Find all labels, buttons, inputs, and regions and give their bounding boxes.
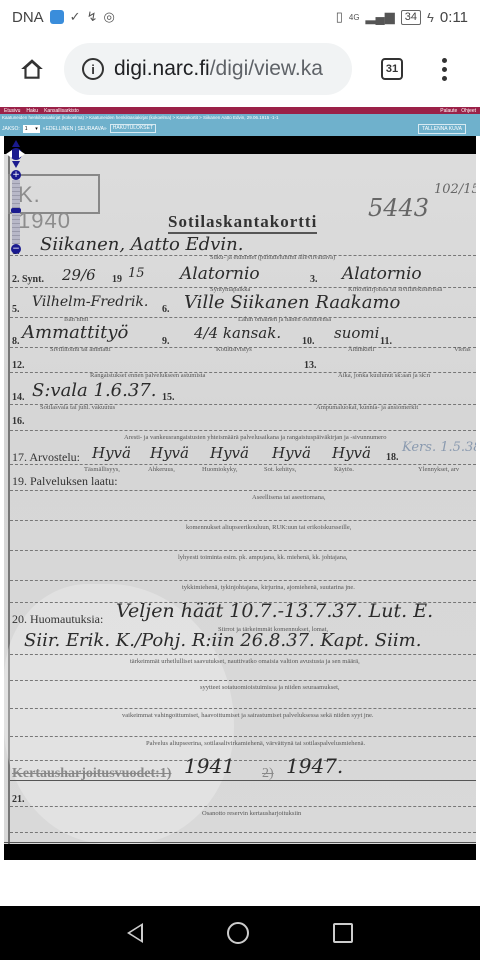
dotted-line — [10, 580, 476, 581]
field-20-caption: tärkeimmät urheilulliset saavutukset, na… — [130, 658, 360, 665]
field-21-label: 21. — [12, 794, 25, 805]
menu-item-kansallisarkisto[interactable]: Kansallisarkisto — [44, 108, 79, 114]
card-reference: 102/15 — [434, 182, 476, 197]
rating-caption: Huomiokyky, — [202, 466, 238, 473]
missed-call-icon: ↯ — [87, 9, 98, 25]
menu-dot-icon — [442, 76, 447, 81]
dotted-line — [10, 832, 476, 833]
jakso-label: JAKSO: — [2, 126, 20, 132]
dropdown-arrow-icon: ▾ — [35, 126, 38, 132]
pan-control — [6, 140, 26, 168]
shield-icon — [50, 10, 64, 24]
field-9-label: 9. — [162, 336, 170, 347]
field-3-label: 3. — [310, 274, 318, 285]
android-navigation-bar — [0, 906, 480, 960]
dotted-line — [10, 430, 476, 431]
signal-bars-icon: ▂▄▆ — [366, 9, 395, 25]
dotted-line — [10, 806, 476, 807]
breadcrumb[interactable]: Kaatuneiden henkilöasiakirjat (kokoelma)… — [0, 114, 480, 121]
field-13-caption: Aika, jonka kuulunut sk:aan ja sk:n — [338, 372, 430, 379]
rating-punctuality: Hyvä — [92, 444, 131, 462]
divider — [4, 842, 476, 843]
field-2-birthplace: Alatornio — [180, 264, 260, 284]
refresher-year-2: 1947. — [286, 754, 343, 778]
menu-dot-icon — [442, 58, 447, 63]
back-button[interactable] — [127, 923, 143, 943]
signal-4g-icon: 4G — [349, 13, 360, 22]
battery-indicator: 34 — [401, 10, 421, 25]
field-14-label: 14. — [12, 392, 25, 403]
field-2-year: 15 — [128, 266, 145, 281]
field-20-note-line1: Veljen häät 10.7.-13.7.37. Lut. E. — [116, 600, 433, 622]
field-3-parish: Alatornio — [342, 264, 422, 284]
jakso-select[interactable]: 1▾ — [23, 125, 40, 133]
rating-diligence: Hyvä — [150, 444, 189, 462]
status-bar: DNA ✓ ↯ ◎ ▯ 4G ▂▄▆ 34 ϟ 0:11 — [0, 0, 480, 34]
dotted-line — [10, 708, 476, 709]
field-10-language: suomi — [334, 324, 379, 342]
charging-icon: ϟ — [427, 10, 434, 25]
field-5-label: 5. — [12, 304, 20, 315]
browser-toolbar: i digi.narc.fi/digi/view.ka 31 — [0, 34, 480, 104]
home-icon — [19, 56, 45, 82]
field-20-label: 20. Huomautuksia: — [12, 612, 103, 627]
zoom-bar: + − — [11, 170, 21, 254]
card-number: 5443 — [368, 194, 429, 222]
search-results-button[interactable]: HAKUTULOKSET — [110, 124, 156, 133]
field-21-caption: Osanotto reservin kertausharjoituksiin — [202, 810, 301, 817]
map-navigation-control: + − — [6, 140, 26, 254]
field-19-label: 19. Palveluksen laatu: — [12, 474, 118, 489]
pan-right-icon[interactable] — [19, 150, 25, 158]
field-6-next-of-kin: Ville Siikanen Raakamo — [184, 292, 400, 313]
field-12-label: 12. — [12, 360, 25, 371]
image-viewer[interactable]: K. 1940 Sotilaskantakortti 5443 102/15 1… — [4, 136, 476, 860]
field-11-caption: Vieras — [454, 346, 471, 353]
menu-item-haku[interactable]: Haku — [26, 108, 38, 114]
zoom-slider-track[interactable] — [12, 180, 20, 244]
save-image-button[interactable]: TALLENNA KUVA — [418, 124, 466, 134]
field-15-caption: Ampumaluokat, kunnia- ja ansiomerkit — [316, 404, 418, 411]
rating-caption: Käytös. — [334, 466, 354, 473]
field-11-label: 11. — [380, 336, 392, 347]
field-14-caption: Sotilasvala tai juhl. vakuutus — [40, 404, 115, 411]
instagram-icon: ◎ — [103, 9, 114, 25]
field-2-year-prefix: 19 — [112, 274, 122, 285]
dotted-line — [10, 654, 476, 655]
field-1-caption: Suku- ja etunimet (puhuttelunimi allevii… — [210, 254, 335, 261]
dotted-line — [10, 490, 476, 491]
field-9-caption: Koulusivistys — [216, 346, 252, 353]
field-2-label: 2. Synt. — [12, 274, 44, 285]
field-16-label: 16. — [12, 416, 25, 427]
recent-apps-button[interactable] — [333, 923, 353, 943]
clock: 0:11 — [440, 9, 468, 26]
carrier-label: DNA — [12, 9, 44, 26]
pan-down-icon[interactable] — [12, 161, 20, 168]
prev-next-links[interactable]: «EDELLINEN | SEURAAVA» — [43, 126, 107, 132]
field-9-education: 4/4 kansak. — [194, 324, 281, 342]
field-17-label: 17. Arvostelu: — [12, 450, 80, 465]
divider — [10, 780, 476, 781]
field-13-label: 13. — [304, 360, 317, 371]
field-8-label: 8. — [12, 336, 20, 347]
site-info-icon[interactable]: i — [82, 58, 104, 80]
field-14-oath: S:vala 1.6.37. — [32, 380, 156, 401]
vibrate-icon: ▯ — [336, 9, 343, 25]
rating-caption: Ahkeruus, — [148, 466, 175, 473]
rating-conduct: Hyvä — [332, 444, 371, 462]
rating-caption: Täsmällisyys, — [84, 466, 120, 473]
field-6-caption: Lähin omainen ja hänen osoitteensa — [238, 316, 331, 323]
dotted-line — [10, 520, 476, 521]
field-1-name: Siikanen, Aatto Edvin. — [40, 234, 243, 255]
menu-item-ohjeet[interactable]: Ohjeet — [461, 108, 476, 114]
zoom-in-button[interactable]: + — [11, 170, 21, 180]
field-10-label: 10. — [302, 336, 315, 347]
dotted-line — [10, 464, 476, 465]
military-record-card: K. 1940 Sotilaskantakortti 5443 102/15 1… — [4, 154, 476, 844]
tab-switcher-button[interactable]: 31 — [360, 58, 424, 80]
menu-item-palaute[interactable]: Palaute — [440, 108, 457, 114]
dotted-line — [10, 550, 476, 551]
address-bar[interactable]: i digi.narc.fi/digi/view.ka — [64, 43, 352, 95]
zoom-out-button[interactable]: − — [11, 244, 21, 254]
field-19-caption: lyhyesti toiminta esim. pk. ampujana, kk… — [178, 554, 348, 561]
rating-attentiveness: Hyvä — [210, 444, 249, 462]
field-18-promotion: Kers. 1.5.38 — [402, 440, 476, 455]
tab-count: 31 — [381, 58, 403, 80]
url-text: digi.narc.fi/digi/view.ka — [114, 57, 323, 81]
field-15-label: 15. — [162, 392, 175, 403]
home-circle-button[interactable] — [227, 922, 249, 944]
field-20-caption: Palvelus aliupseerina, sotilasalivirkami… — [146, 740, 365, 747]
viewer-toolbar: JAKSO: 1▾ «EDELLINEN | SEURAAVA» HAKUTUL… — [0, 121, 480, 136]
download-done-icon: ✓ — [70, 9, 81, 25]
page-title: Sotilaskantakortti — [168, 212, 317, 234]
field-12-caption: Rangaistukset ennen palvelukseen astumis… — [90, 372, 205, 379]
field-5-father: Vilhelm-Fredrik. — [32, 294, 148, 310]
menu-item-etusivu[interactable]: Etusivu — [4, 108, 20, 114]
field-2-day: 29/6 — [62, 266, 96, 284]
field-6-label: 6. — [162, 304, 170, 315]
rating-military-development: Hyvä — [272, 444, 311, 462]
field-8-occupation: Ammattityö — [22, 322, 128, 343]
menu-dot-icon — [442, 67, 447, 72]
field-18-label: 18. — [386, 452, 399, 463]
field-20-caption: vaikeimmat vahingoittumiset, haavoittumi… — [122, 712, 373, 719]
pan-up-icon[interactable] — [12, 140, 20, 147]
field-16-caption: Aresti- ja vankeusrangaistusten yhteismä… — [124, 434, 386, 441]
field-19-caption: komennukset aliupseerikouluun, RUK:uun t… — [186, 524, 351, 531]
field-19-caption: Aseellisena tai aseettomana, — [252, 494, 325, 501]
rating-caption: Sot. kehitys, — [264, 466, 296, 473]
field-10-caption: Äidinkieli — [348, 346, 374, 353]
home-button[interactable] — [0, 34, 64, 104]
field-18-caption: Ylennykset, arv — [418, 466, 459, 473]
field-20-caption: syytteet sotatuomioistuimissa ja niiden … — [200, 684, 340, 691]
dotted-line — [10, 736, 476, 737]
browser-menu-button[interactable] — [424, 58, 464, 81]
zoom-slider-handle[interactable] — [11, 208, 21, 213]
refresher-year-1: 1941 — [184, 754, 235, 778]
site-menu: Etusivu Haku Kansallisarkisto Palaute Oh… — [0, 107, 480, 114]
field-19-caption: tykkimiehenä, tykinjohtajana, kirjurina,… — [182, 584, 355, 591]
pan-left-icon[interactable] — [6, 150, 12, 158]
field-20-note-line2: Siir. Erik. K./Pohj. R:iin 26.8.37. Kapt… — [24, 630, 421, 651]
field-8-caption: Siviilitoimi tai ammatti — [50, 346, 111, 353]
dotted-line — [10, 760, 476, 761]
dotted-line — [10, 680, 476, 681]
